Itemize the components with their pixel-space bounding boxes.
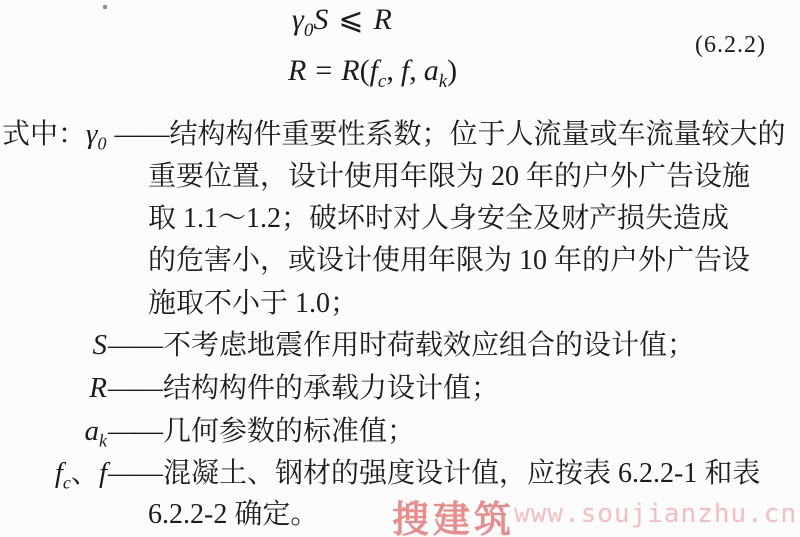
fc-subscript: c — [63, 473, 71, 493]
f-definition-line2: 6.2.2-2 确定。 — [148, 498, 318, 532]
gamma-definition-line4: 的危害小，或设计使用年限为 10 年的户外广告设 — [148, 244, 750, 278]
symbol-column: fc、f — [0, 456, 107, 500]
a-subscript: k — [439, 71, 447, 92]
gamma-definition-line5: 施取不小于 1.0； — [148, 287, 358, 321]
equation-inequality: γ0S⩽R — [292, 2, 392, 42]
fc-symbol: f — [370, 54, 378, 87]
em-dash: —— — [107, 373, 163, 404]
r-left-symbol: R — [288, 54, 306, 87]
f-definition-line1: 混凝土、钢材的强度设计值，应按表 6.2.2-1 和表 — [163, 458, 760, 489]
gamma-definition-line1: 结构构件重要性系数；位于人流量或车流量较大的 — [169, 119, 785, 150]
definition-row-ak: ak——几何参数的标准值； — [0, 414, 415, 458]
em-dash: —— — [107, 416, 163, 447]
gamma-definition-line2: 重要位置，设计使用年限为 20 年的户外广告设施 — [148, 160, 750, 194]
symbol-column: S — [0, 328, 107, 363]
equals-sign: = — [315, 54, 332, 87]
gamma-subscript: 0 — [97, 134, 106, 154]
s-symbol: S — [313, 3, 328, 36]
definition-row-fc-f: fc、f——混凝土、钢材的强度设计值，应按表 6.2.2-1 和表 — [0, 456, 760, 500]
f-symbol: f — [401, 54, 409, 87]
a-subscript: k — [99, 431, 107, 451]
definition-row-r: R——结构构件的承载力设计值； — [0, 371, 499, 406]
enumeration-comma: 、 — [71, 458, 99, 489]
comma: , — [409, 54, 417, 87]
where-prefix: 式中： — [2, 119, 86, 150]
em-dash: —— — [113, 119, 169, 150]
document-page: γ0S⩽R (6.2.2) R=R(fc,f,ak) 式中：γ0 ——结构构件重… — [0, 0, 800, 537]
r-symbol: R — [89, 372, 107, 404]
left-paren: ( — [360, 54, 370, 87]
gamma-definition-line3: 取 1.1～1.2；破坏时对人身安全及财产损失造成 — [148, 202, 729, 236]
f-symbol: f — [99, 457, 107, 489]
right-paren: ) — [447, 54, 457, 87]
r-symbol: R — [373, 3, 391, 36]
s-definition-text: 不考虑地震作用时荷载效应组合的设计值； — [163, 330, 695, 361]
watermark-url: www.soujianzhu.cn — [514, 499, 797, 529]
less-equal-sign: ⩽ — [338, 2, 363, 37]
gamma-symbol: γ — [292, 3, 304, 36]
r-definition-text: 结构构件的承载力设计值； — [163, 373, 499, 404]
definition-row-s: S——不考虑地震作用时荷载效应组合的设计值； — [0, 328, 695, 363]
a-symbol: a — [85, 415, 100, 447]
symbol-column: R — [0, 371, 107, 406]
em-dash: —— — [107, 458, 163, 489]
watermark-brand: 搜建筑 — [392, 489, 515, 537]
gamma-symbol: γ — [86, 118, 97, 150]
symbol-column: ak — [0, 414, 107, 458]
comma: , — [386, 54, 394, 87]
a-symbol: a — [424, 54, 439, 87]
scan-speck — [103, 5, 107, 9]
em-dash: —— — [107, 330, 163, 361]
ak-definition-text: 几何参数的标准值； — [163, 416, 415, 447]
equation-number: (6.2.2) — [695, 32, 766, 59]
r-right-symbol: R — [341, 54, 359, 87]
definition-row-gamma: 式中：γ0 ——结构构件重要性系数；位于人流量或车流量较大的 — [2, 117, 785, 161]
equation-function: R=R(fc,f,ak) — [288, 54, 457, 93]
fc-symbol: f — [55, 457, 63, 489]
s-symbol: S — [93, 329, 108, 361]
gamma-subscript: 0 — [304, 20, 314, 41]
